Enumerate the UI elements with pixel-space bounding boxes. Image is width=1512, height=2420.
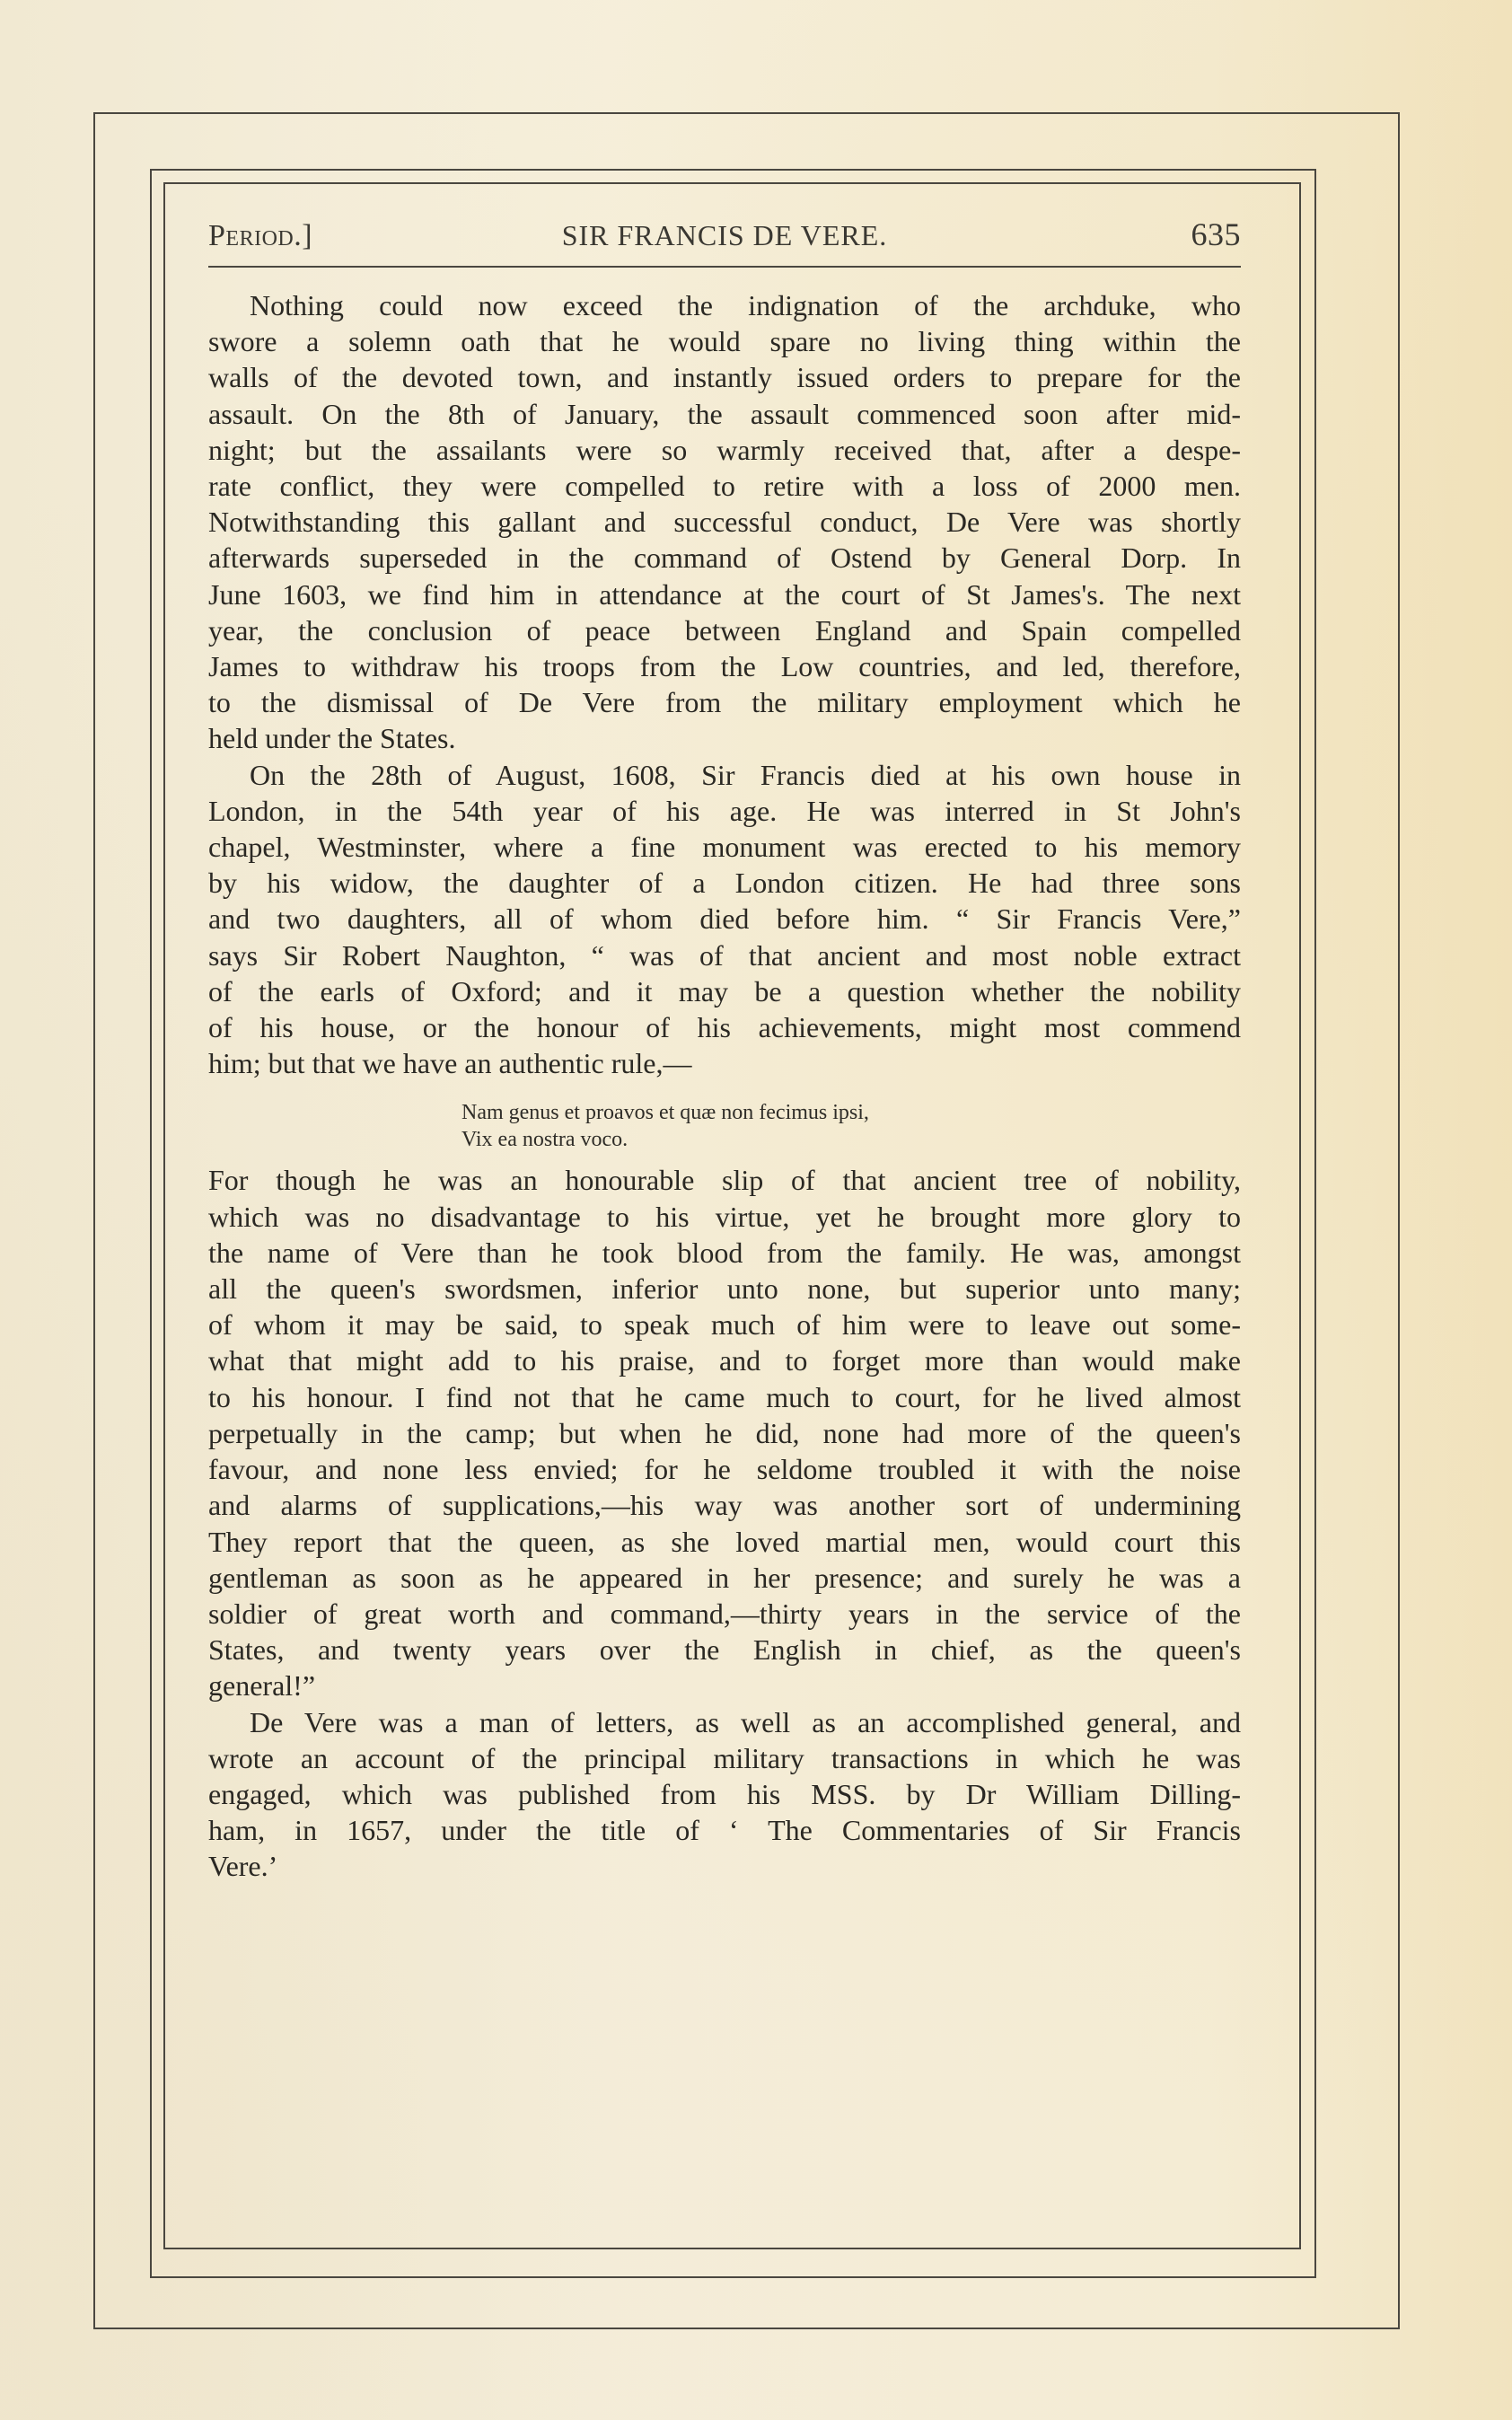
running-head: Period.] SIR FRANCIS DE VERE. 635: [208, 214, 1241, 259]
text-line: what that might add to his praise, and t…: [208, 1342, 1241, 1378]
text-line: London, in the 54th year of his age. He …: [208, 793, 1241, 829]
page-number: 635: [1191, 216, 1242, 253]
text-line: which was no disadvantage to his virtue,…: [208, 1199, 1241, 1235]
paragraphs-before-verse: Nothing could now exceed the indignation…: [208, 287, 1241, 1081]
text-line: Notwithstanding this gallant and success…: [208, 504, 1241, 540]
text-line: States, and twenty years over the Englis…: [208, 1632, 1241, 1668]
text-line: afterwards superseded in the command of …: [208, 540, 1241, 576]
text-line: June 1603, we find him in attendance at …: [208, 576, 1241, 612]
text-line: walls of the devoted town, and instantly…: [208, 359, 1241, 395]
text-line: soldier of great worth and command,—thir…: [208, 1596, 1241, 1632]
text-line: and alarms of supplications,—his way was…: [208, 1487, 1241, 1523]
text-line: of whom it may be said, to speak much of…: [208, 1307, 1241, 1342]
latin-verse-quote: Nam genus et proavos et quæ non fecimus …: [208, 1099, 1241, 1153]
text-line: engaged, which was published from his MS…: [208, 1776, 1241, 1812]
paragraph: On the 28th of August, 1608, Sir Francis…: [208, 757, 1241, 1082]
text-line: to the dismissal of De Vere from the mil…: [208, 684, 1241, 720]
paragraphs-after-verse: For though he was an honourable slip of …: [208, 1162, 1241, 1884]
header-rule: [208, 266, 1241, 268]
text-line: Vere.’: [208, 1848, 1241, 1884]
text-line: by his widow, the daughter of a London c…: [208, 865, 1241, 901]
text-line: to his honour. I find not that he came m…: [208, 1379, 1241, 1415]
text-line: says Sir Robert Naughton, “ was of that …: [208, 937, 1241, 973]
text-line: De Vere was a man of letters, as well as…: [208, 1704, 1241, 1740]
paragraph: For though he was an honourable slip of …: [208, 1162, 1241, 1703]
text-line: all the queen's swordsmen, inferior unto…: [208, 1271, 1241, 1307]
text-line: James to withdraw his troops from the Lo…: [208, 648, 1241, 684]
text-line: ham, in 1657, under the title of ‘ The C…: [208, 1812, 1241, 1848]
running-head-title: SIR FRANCIS DE VERE.: [208, 219, 1241, 252]
text-line: favour, and none less envied; for he sel…: [208, 1451, 1241, 1487]
text-line: On the 28th of August, 1608, Sir Francis…: [208, 757, 1241, 793]
text-line: perpetually in the camp; but when he did…: [208, 1415, 1241, 1451]
verse-line: Nam genus et proavos et quæ non fecimus …: [462, 1099, 1241, 1126]
text-line: of the earls of Oxford; and it may be a …: [208, 973, 1241, 1009]
text-line: gentleman as soon as he appeared in her …: [208, 1560, 1241, 1596]
text-line: They report that the queen, as she loved…: [208, 1524, 1241, 1560]
text-line: the name of Vere than he took blood from…: [208, 1235, 1241, 1271]
text-line: of his house, or the honour of his achie…: [208, 1009, 1241, 1045]
verse-line: Vix ea nostra voco.: [462, 1126, 1241, 1153]
text-line: held under the States.: [208, 720, 1241, 756]
text-line: chapel, Westminster, where a fine monume…: [208, 829, 1241, 865]
book-page: Period.] SIR FRANCIS DE VERE. 635 Nothin…: [208, 214, 1241, 1885]
text-line: him; but that we have an authentic rule,…: [208, 1045, 1241, 1081]
paragraph: De Vere was a man of letters, as well as…: [208, 1704, 1241, 1885]
text-line: wrote an account of the principal milita…: [208, 1740, 1241, 1776]
body-text: Nothing could now exceed the indignation…: [208, 287, 1241, 1885]
text-line: Nothing could now exceed the indignation…: [208, 287, 1241, 323]
paragraph: Nothing could now exceed the indignation…: [208, 287, 1241, 757]
text-line: assault. On the 8th of January, the assa…: [208, 396, 1241, 432]
text-line: year, the conclusion of peace between En…: [208, 612, 1241, 648]
text-line: night; but the assailants were so warmly…: [208, 432, 1241, 468]
text-line: For though he was an honourable slip of …: [208, 1162, 1241, 1198]
text-line: swore a solemn oath that he would spare …: [208, 323, 1241, 359]
text-line: and two daughters, all of whom died befo…: [208, 901, 1241, 937]
text-line: rate conflict, they were compelled to re…: [208, 468, 1241, 504]
text-line: general!”: [208, 1668, 1241, 1703]
